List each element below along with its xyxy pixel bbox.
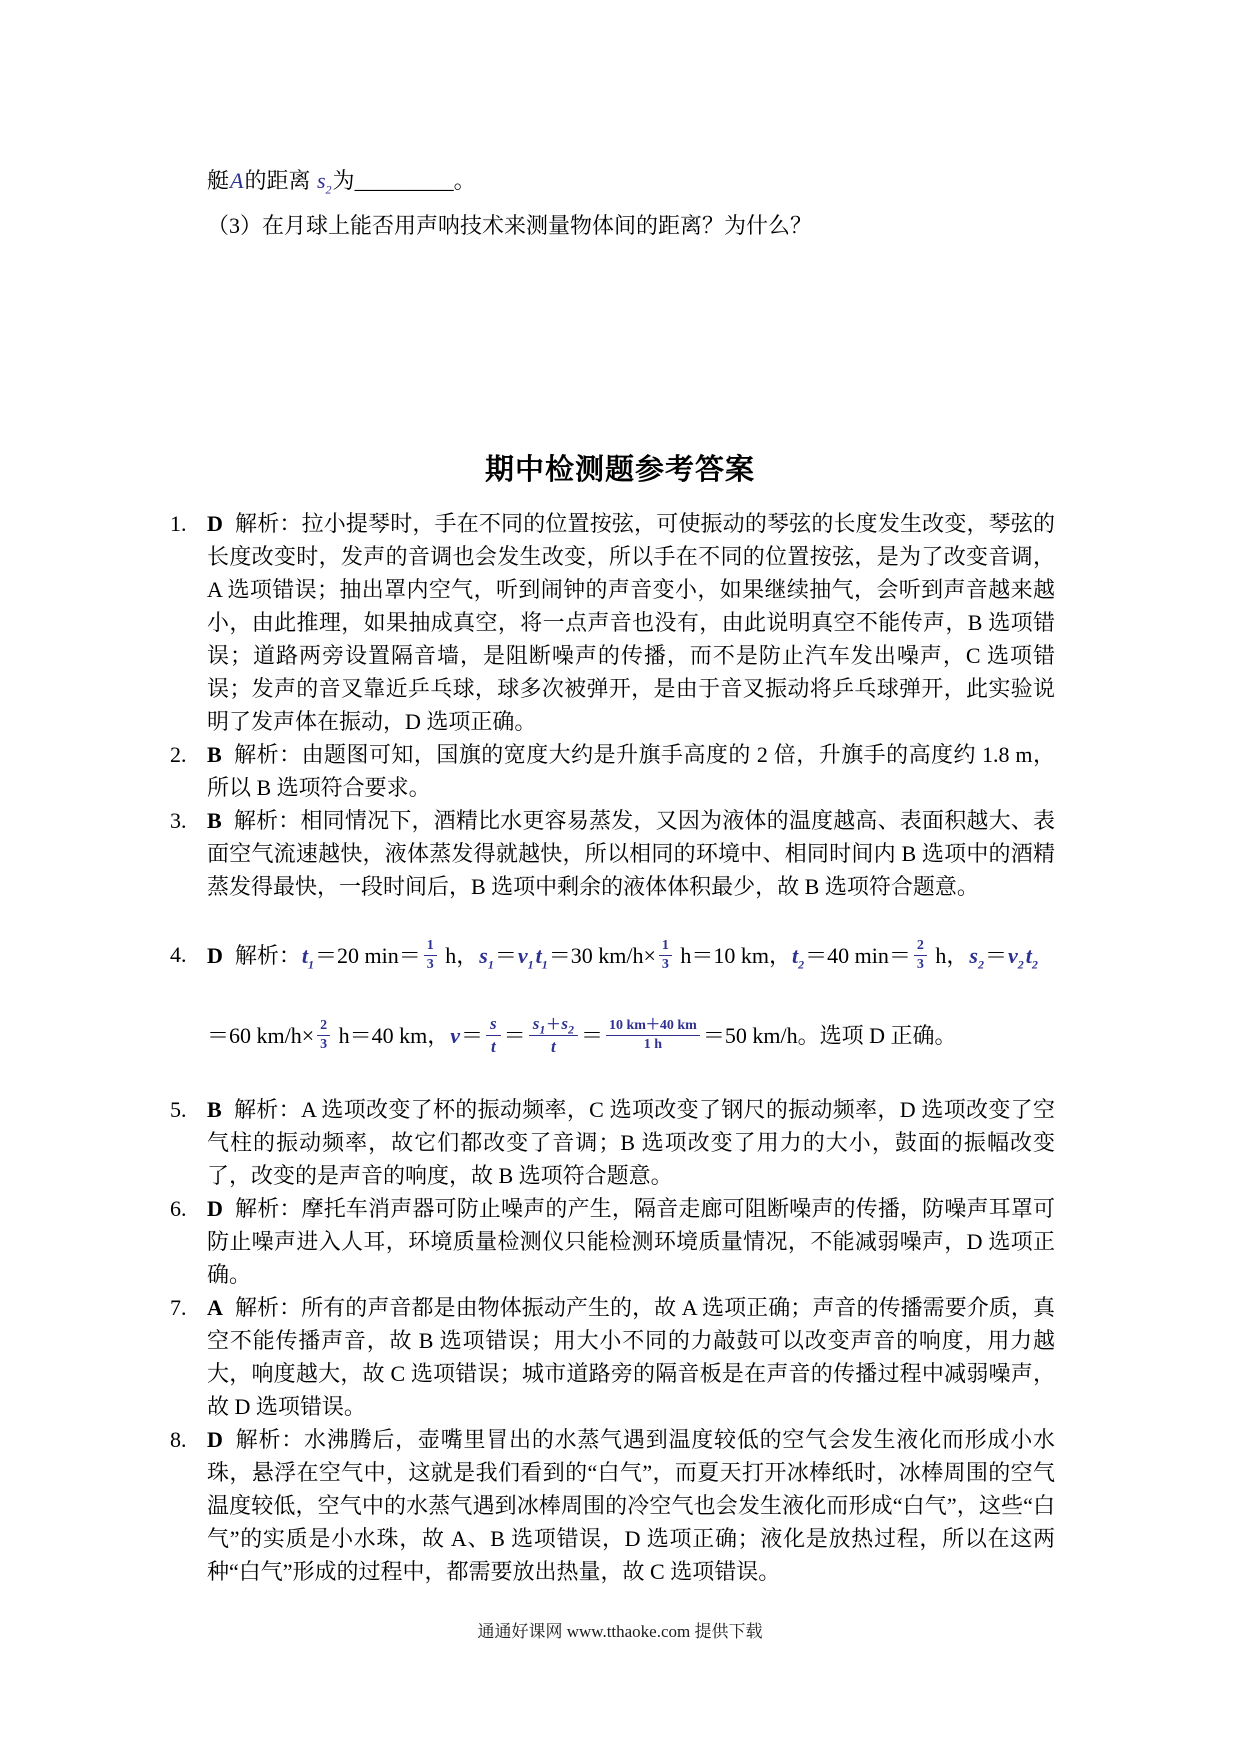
item-content: D解析：摩托车消声器可防止噪声的产生，隔音走廊可阻断噪声的传播，防噪声耳罩可防止… [207,1192,1055,1291]
explanation-text: 摩托车消声器可防止噪声的产生，隔音走廊可阻断噪声的传播，防噪声耳罩可防止噪声进入… [207,1196,1055,1287]
explanation-text: A 选项改变了杯的振动频率，C 选项改变了钢尺的振动频率，D 选项改变了空气柱的… [207,1097,1055,1188]
answer-item-7: 7.A解析：所有的声音都是由物体振动产生的，故 A 选项正确；声音的传播需要介质… [170,1291,1055,1423]
answer-letter: D [207,1427,223,1452]
text-run: 为 [333,168,355,193]
fraction: 13 [659,937,672,973]
fraction: 10 km＋40 km1 h [606,1017,700,1053]
math-variable: s1 [478,939,495,972]
explanation-text: 水沸腾后，壶嘴里冒出的水蒸气遇到温度较低的空气会发生液化而形成小水珠，悬浮在空气… [207,1427,1055,1584]
text-run: h＝10 km， [675,939,791,972]
footer-watermark: 通通好课网 www.tthaoke.com 提供下载 [0,1620,1240,1644]
math-variable: s2 [560,1014,575,1033]
math-variable: A [229,168,244,193]
item-content: B解析：相同情况下，酒精比水更容易蒸发，又因为液体的温度越高、表面积越大、表面空… [207,804,1055,903]
answer-item-1: 1.D解析：拉小提琴时，手在不同的位置按弦，可使振动的琴弦的长度发生改变，琴弦的… [170,507,1055,738]
item-number: 1. [170,507,207,540]
question-part-3: （3）在月球上能否用声呐技术来测量物体间的距离？为什么？ [207,209,1057,242]
explanation-text: 由题图可知，国旗的宽度大约是升旗手高度的 2 倍，升旗手的高度约 1.8 m，所… [207,742,1055,800]
fraction: st [486,1013,501,1057]
question-blank-line: 艇A的距离 s2为_________。 [207,164,1057,197]
text-run: 3 [427,957,434,972]
math-variable: t [490,1037,497,1056]
answer-letter: A [207,1295,223,1320]
analysis-label: 解析： [234,808,301,833]
math-variable: t2 [1025,939,1039,972]
item-number: 6. [170,1192,207,1225]
text-run: 2 [320,1018,327,1033]
text-run: 的距离 [244,168,316,193]
answer-letter: B [207,1097,222,1122]
question-fragment: 艇A的距离 s2为_________。 （3）在月球上能否用声呐技术来测量物体间… [207,164,1057,242]
math-variable: t2 [791,939,805,972]
explanation-text: 拉小提琴时，手在不同的位置按弦，可使振动的琴弦的长度发生改变，琴弦的长度改变时，… [207,511,1055,734]
math-variable: s1 [532,1014,547,1033]
text-run: 1 h [644,1037,662,1052]
analysis-label: 解析： [235,1295,301,1320]
text-run: h， [440,939,479,972]
answer-letter: B [207,808,222,833]
answer-item-6: 6.D解析：摩托车消声器可防止噪声的产生，隔音走廊可阻断噪声的传播，防噪声耳罩可… [170,1192,1055,1291]
item-content: D解析：t1＝20 min＝13 h，s1＝v1t1＝30 km/h×13 h＝… [207,917,1055,1077]
math-variable: s2 [968,939,985,972]
text-run: 3 [320,1037,327,1052]
text-run: ＝40 min＝ [805,939,911,972]
answer-item-2: 2.B解析：由题图可知，国旗的宽度大约是升旗手高度的 2 倍，升旗手的高度约 1… [170,738,1055,804]
item-content: A解析：所有的声音都是由物体振动产生的，故 A 选项正确；声音的传播需要介质，真… [207,1291,1055,1423]
document-page: 艇A的距离 s2为_________。 （3）在月球上能否用声呐技术来测量物体间… [0,0,1240,1754]
item-number: 4. [170,917,207,993]
answer-item-3: 3.B解析：相同情况下，酒精比水更容易蒸发，又因为液体的温度越高、表面积越大、表… [170,804,1055,903]
text-run: ＋ [546,1018,560,1033]
text-run: h， [930,939,969,972]
item-content: B解析：A 选项改变了杯的振动频率，C 选项改变了钢尺的振动频率，D 选项改变了… [207,1093,1055,1192]
math-variable: v1 [517,939,535,972]
answer-letter: D [207,1196,223,1221]
math-variable: t [550,1037,557,1056]
item-number: 7. [170,1291,207,1324]
fraction: s1＋s2t [529,1013,578,1057]
explanation-text: 相同情况下，酒精比水更容易蒸发，又因为液体的温度越高、表面积越大、表面空气流速越… [207,808,1055,899]
math-line-1: D解析：t1＝20 min＝13 h，s1＝v1t1＝30 km/h×13 h＝… [207,917,1055,993]
text-run: ＝20 min＝ [315,939,421,972]
item-content: D解析：拉小提琴时，手在不同的位置按弦，可使振动的琴弦的长度发生改变，琴弦的长度… [207,507,1055,738]
answer-item-5: 5.B解析：A 选项改变了杯的振动频率，C 选项改变了钢尺的振动频率，D 选项改… [170,1093,1055,1192]
text-run: 3 [917,957,924,972]
text-run: _________。 [355,168,476,193]
fraction: 23 [317,1017,330,1053]
math-variable: s2 [316,168,333,193]
text-run: ＝30 km/h× [549,939,656,972]
item-content: B解析：由题图可知，国旗的宽度大约是升旗手高度的 2 倍，升旗手的高度约 1.8… [207,738,1055,804]
text-run: ＝ [581,1019,603,1052]
explanation-text: 所有的声音都是由物体振动产生的，故 A 选项正确；声音的传播需要介质，真空不能传… [207,1295,1055,1419]
answers-list: 1.D解析：拉小提琴时，手在不同的位置按弦，可使振动的琴弦的长度发生改变，琴弦的… [170,507,1055,1588]
item-number: 5. [170,1093,207,1126]
text-run: ＝ [985,939,1007,972]
page-title: 期中检测题参考答案 [0,450,1240,490]
math-variable: s [489,1014,498,1033]
text-run: 1 [662,938,669,953]
item-number: 2. [170,738,207,771]
math-variable: t1 [301,939,315,972]
analysis-label: 解析： [235,1427,304,1452]
analysis-label: 解析： [235,1196,302,1221]
text-run: 10 km＋40 km [609,1018,697,1033]
answer-item-8: 8.D解析：水沸腾后，壶嘴里冒出的水蒸气遇到温度较低的空气会发生液化而形成小水珠… [170,1423,1055,1588]
answer-item-4: 4.D解析：t1＝20 min＝13 h，s1＝v1t1＝30 km/h×13 … [170,917,1055,1077]
item-number: 3. [170,804,207,837]
analysis-label: 解析： [234,1097,301,1122]
math-variable: v2 [1007,939,1025,972]
answer-letter: D [207,511,223,536]
text-run: h＝40 km， [333,1019,449,1052]
answer-letter: B [207,742,222,767]
text-run: ＝60 km/h× [207,1019,314,1052]
analysis-label: 解析： [235,939,301,972]
math-variable: v [449,1019,461,1052]
analysis-label: 解析： [235,511,302,536]
text-run: 艇 [207,168,229,193]
text-run: ＝ [495,939,517,972]
math-line-2: ＝60 km/h×23 h＝40 km，v＝st＝s1＋s2t＝10 km＋40… [207,993,1055,1077]
item-number: 8. [170,1423,207,1456]
text-run: ＝ [504,1019,526,1052]
text-run: 2 [917,938,924,953]
text-run: ＝ [461,1019,483,1052]
fraction: 23 [914,937,927,973]
fraction: 13 [424,937,437,973]
math-variable: t1 [535,939,549,972]
item-content: D解析：水沸腾后，壶嘴里冒出的水蒸气遇到温度较低的空气会发生液化而形成小水珠，悬… [207,1423,1055,1588]
answer-letter: D [207,939,223,972]
analysis-label: 解析： [234,742,302,767]
text-run: 3 [662,957,669,972]
text-run: 1 [427,938,434,953]
text-run: ＝50 km/h。选项 D 正确。 [703,1019,957,1052]
